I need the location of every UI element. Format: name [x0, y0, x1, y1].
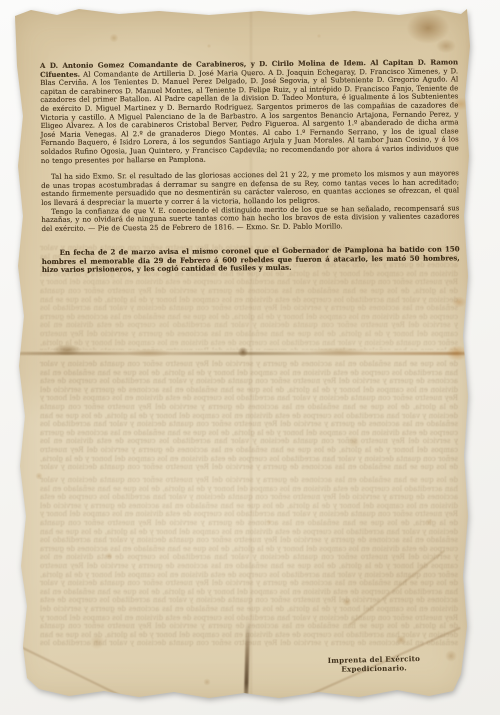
news-paragraph: En fecha de 2 de marzo avisa el mismo co… — [42, 246, 460, 275]
corner-crease — [349, 550, 445, 625]
printer-imprint: Imprenta del Exército Expedicionario. — [295, 653, 453, 674]
fold-stain-streak — [244, 620, 250, 704]
dedication-body: Al Comandante de Artilleria D. José Mari… — [40, 67, 459, 165]
verso-showthrough-text: de los que se han señalado en las accion… — [40, 360, 458, 472]
photographed-document: de los que se han señalado en las accion… — [9, 6, 472, 703]
closing-paragraph: Tengo la confianza de que V. E. conocien… — [41, 204, 459, 233]
commendation-paragraph: Tal ha sido Exmo. Sr. el resultado de la… — [41, 169, 459, 207]
printed-text-block: A D. Antonio Gomez Comandante de Carabin… — [40, 58, 460, 275]
corner-crease — [20, 646, 156, 714]
horizontal-fold-crease — [9, 352, 472, 355]
dedication-paragraph: A D. Antonio Gomez Comandante de Carabin… — [40, 58, 459, 165]
verso-showthrough-text: de los que se han señalado en las accion… — [40, 476, 458, 648]
paper-sheet: de los que se han señalado en las accion… — [9, 6, 472, 703]
